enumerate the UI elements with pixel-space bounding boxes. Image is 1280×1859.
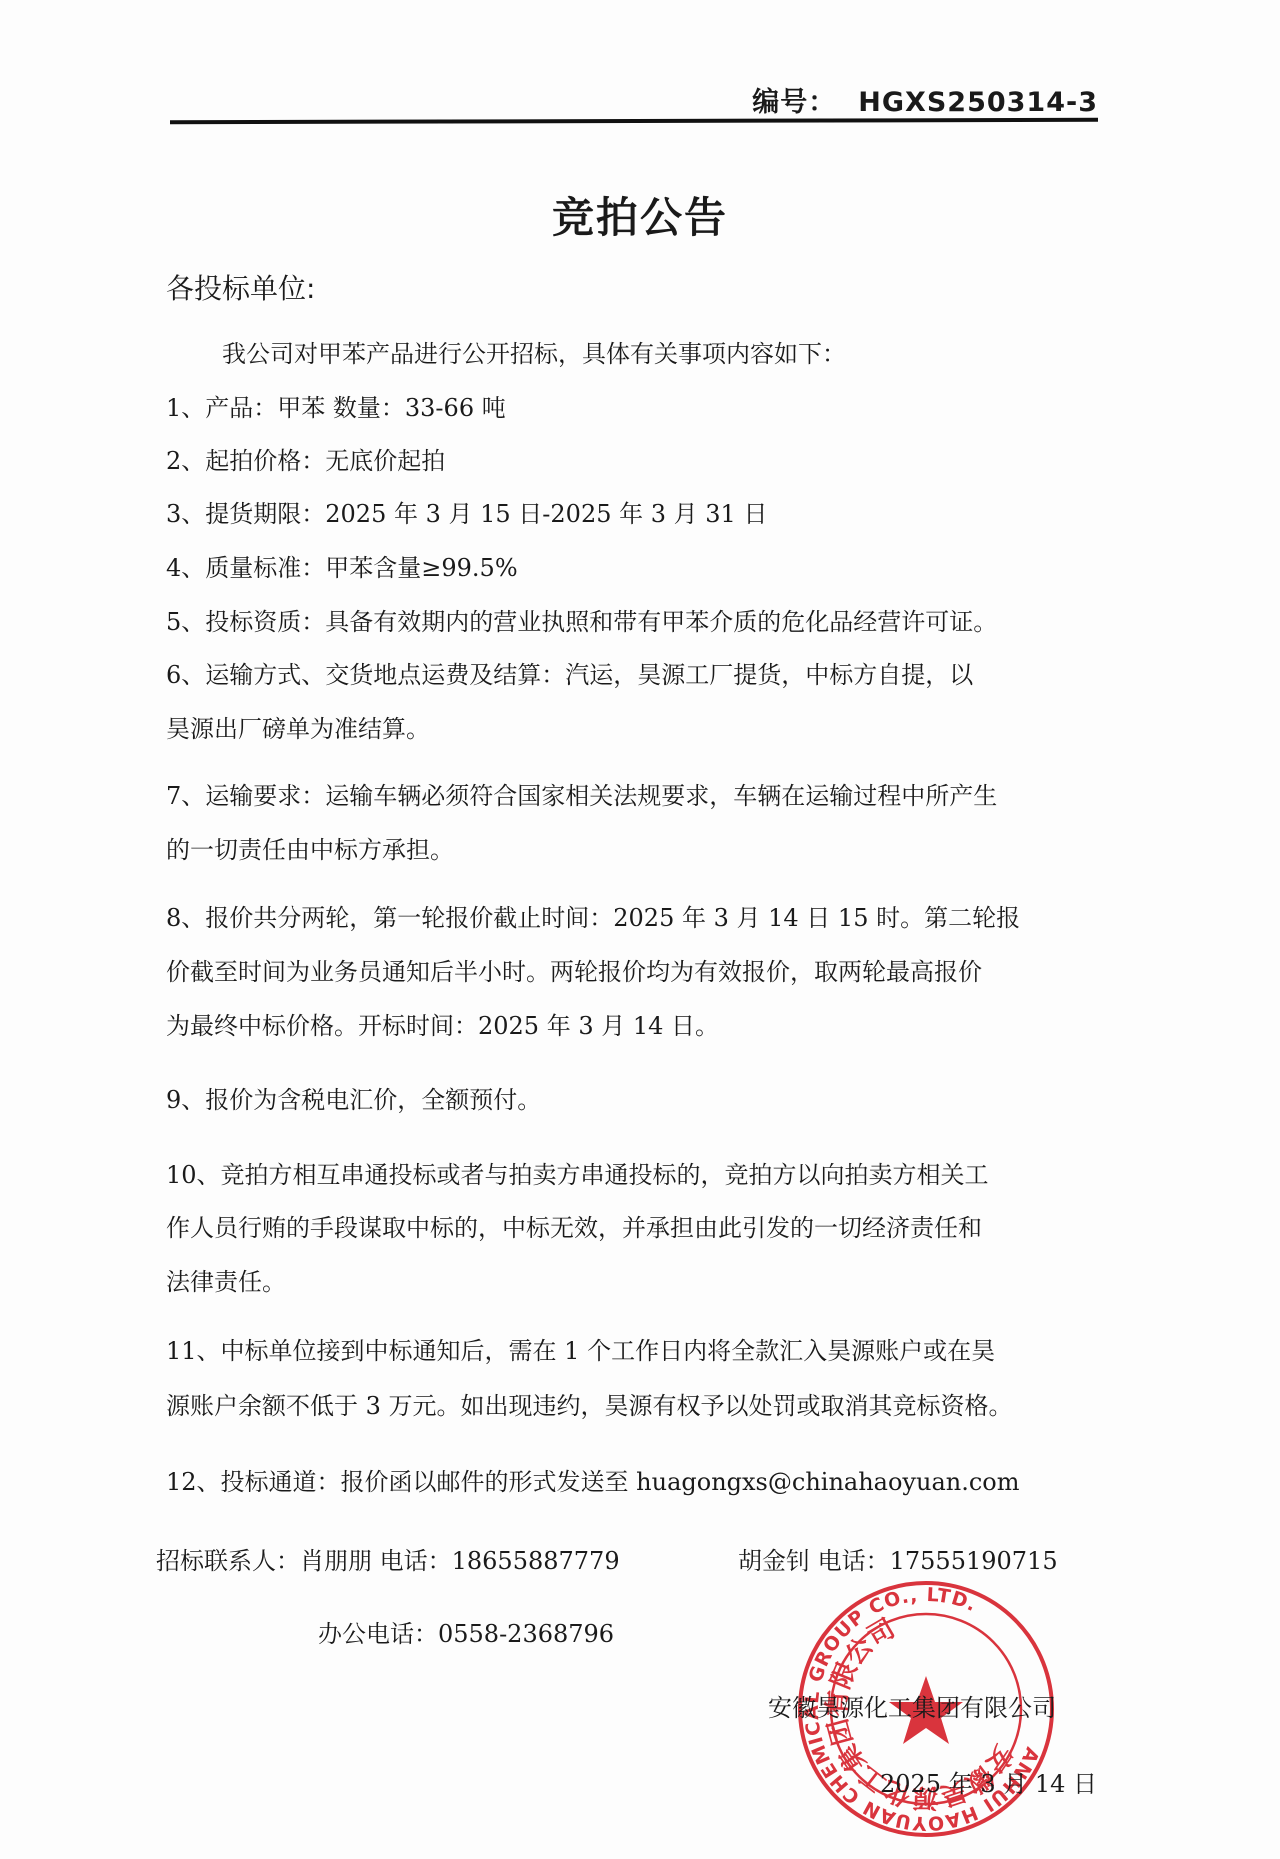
document-number: 编号：HGXS250314-3 xyxy=(752,80,1098,119)
item-12: 12、投标通道：报价函以邮件的形式发送至 huagongxs@chinahaoy… xyxy=(166,1462,1020,1497)
item-5: 5、投标资质：具备有效期内的营业执照和带有甲苯介质的危化品经营许可证。 xyxy=(166,602,997,637)
signature-date: 2025 年 3 月 14 日 xyxy=(880,1764,1097,1799)
item-11-line-2: 源账户余额不低于 3 万元。如出现违约，昊源有权予以处罚或取消其竞标资格。 xyxy=(166,1386,1013,1421)
salutation: 各投标单位: xyxy=(166,267,315,307)
office-phone: 办公电话：0558-2368796 xyxy=(318,1614,614,1649)
page-title: 竞拍公告 xyxy=(0,185,1280,245)
contact-line-2: 胡金钊 电话：17555190715 xyxy=(738,1541,1058,1576)
item-9: 9、报价为含税电汇价，全额预付。 xyxy=(166,1080,541,1115)
document-number-value: HGXS250314-3 xyxy=(858,87,1098,118)
item-10-line-1: 10、竞拍方相互串通投标或者与拍卖方串通投标的，竞拍方以向拍卖方相关工 xyxy=(166,1155,989,1190)
item-1: 1、产品：甲苯 数量：33-66 吨 xyxy=(166,388,506,423)
item-3: 3、提货期限：2025 年 3 月 15 日-2025 年 3 月 31 日 xyxy=(166,494,767,529)
item-6-line-1: 6、运输方式、交货地点运费及结算：汽运，昊源工厂提货，中标方自提，以 xyxy=(166,655,973,690)
item-10-line-3: 法律责任。 xyxy=(166,1262,286,1297)
item-11-line-1: 11、中标单位接到中标通知后，需在 1 个工作日内将全款汇入昊源账户或在昊 xyxy=(166,1331,995,1366)
intro-paragraph: 我公司对甲苯产品进行公开招标，具体有关事项内容如下： xyxy=(222,334,846,369)
item-8-line-3: 为最终中标价格。开标时间：2025 年 3 月 14 日。 xyxy=(166,1006,719,1041)
item-8-line-2: 价截至时间为业务员通知后半小时。两轮报价均为有效报价，取两轮最高报价 xyxy=(166,952,982,987)
item-6-line-2: 昊源出厂磅单为准结算。 xyxy=(166,709,430,744)
header-divider xyxy=(170,118,1098,124)
item-10-line-2: 作人员行贿的手段谋取中标的，中标无效，并承担由此引发的一切经济责任和 xyxy=(166,1208,982,1243)
item-4: 4、质量标准：甲苯含量≥99.5% xyxy=(166,548,518,583)
item-2: 2、起拍价格：无底价起拍 xyxy=(166,441,445,476)
item-7-line-2: 的一切责任由中标方承担。 xyxy=(166,830,454,865)
signature-company: 安徽昊源化工集团有限公司 xyxy=(768,1688,1056,1723)
item-8-line-1: 8、报价共分两轮，第一轮报价截止时间：2025 年 3 月 14 日 15 时。… xyxy=(166,898,1020,933)
document-number-label: 编号： xyxy=(752,87,836,118)
item-7-line-1: 7、运输要求：运输车辆必须符合国家相关法规要求，车辆在运输过程中所产生 xyxy=(166,776,997,811)
contact-line-1: 招标联系人：肖朋朋 电话：18655887779 xyxy=(156,1541,620,1576)
